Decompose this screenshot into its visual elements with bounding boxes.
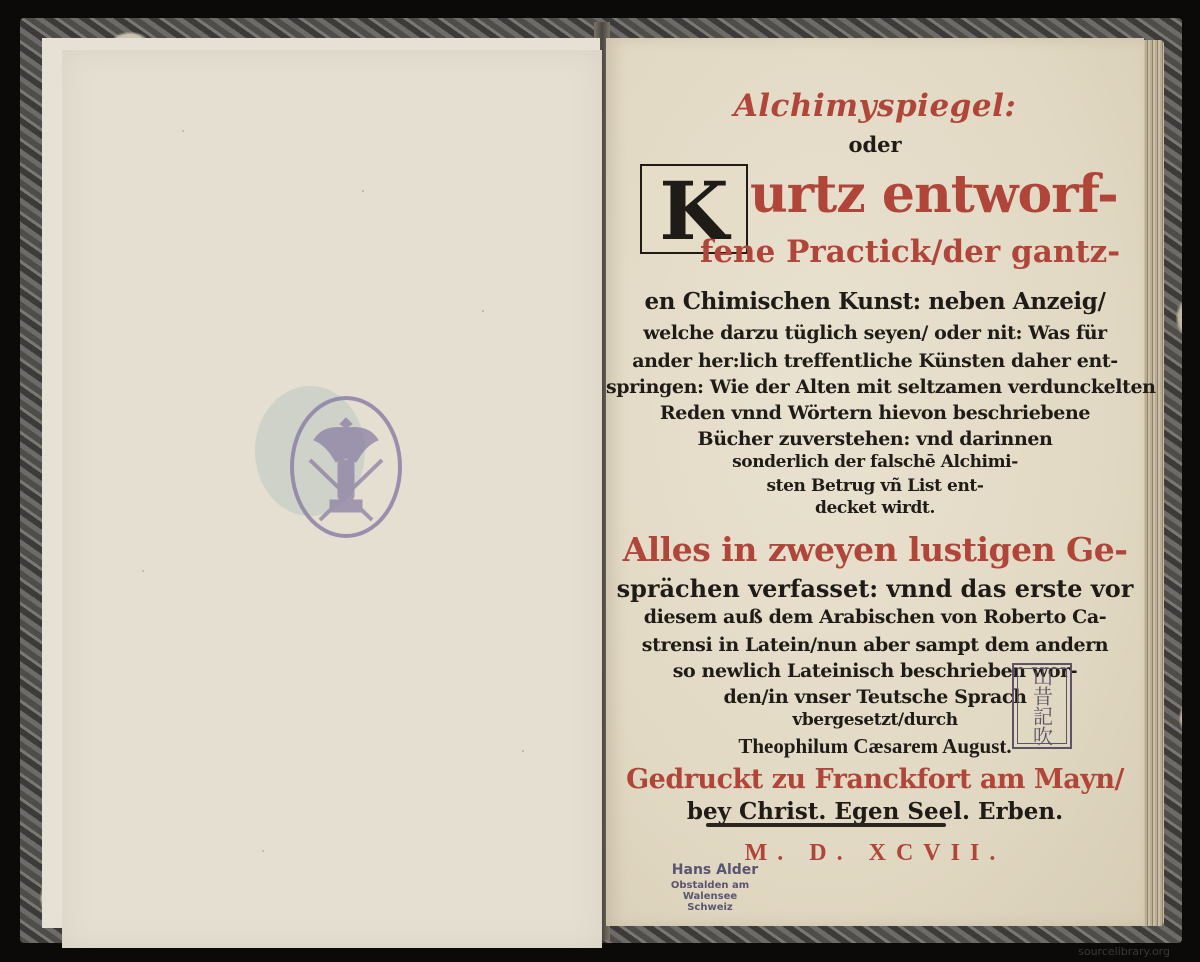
paper-speck bbox=[182, 130, 184, 132]
double-headed-eagle-with-crossed-swords-oval-stamp-icon bbox=[290, 396, 402, 538]
title-line: decket wirdt. bbox=[606, 498, 1144, 518]
title-line: Reden vnnd Wörtern hievon beschriebene bbox=[606, 402, 1144, 424]
dealer-ownership-stamp: Hans Alder Obstalden am Walensee Schweiz bbox=[650, 862, 770, 913]
subtitle-line: diesem auß dem Arabischen von Roberto Ca… bbox=[606, 606, 1144, 628]
title-line: springen: Wie der Alten mit seltzamen ve… bbox=[606, 376, 1144, 398]
dealer-place: Obstalden am Walensee bbox=[650, 880, 770, 902]
title-line-alchimyspiegel: Alchimyspiegel: bbox=[606, 88, 1144, 124]
title-line: en Chimischen Kunst: neben Anzeig/ bbox=[606, 288, 1144, 315]
title-line-fene-practick: fene Practick/der gantz- bbox=[700, 234, 1060, 270]
paper-speck bbox=[142, 570, 144, 572]
subtitle-line: sprächen verfasset: vnnd das erste vor bbox=[606, 574, 1144, 603]
title-line: sten Betrug vñ List ent- bbox=[606, 476, 1144, 496]
title-line-kurtz-entworf: urtz entworf- bbox=[750, 164, 1050, 225]
dealer-name: Hans Alder bbox=[660, 862, 770, 878]
paper-speck bbox=[482, 310, 484, 312]
title-line: sonderlich der falschē Alchimi- bbox=[606, 452, 1144, 472]
title-line: ander her:lich treffentliche Künsten dah… bbox=[606, 350, 1144, 372]
paper-speck bbox=[362, 190, 364, 192]
paper-speck bbox=[522, 750, 524, 752]
subtitle-line-alles-in-zweyen: Alles in zweyen lustigen Ge- bbox=[606, 530, 1144, 569]
subtitle-line: strensi in Latein/nun aber sampt dem and… bbox=[606, 634, 1144, 656]
title-line: welche darzu tüglich seyen/ oder nit: Wa… bbox=[606, 322, 1144, 344]
imprint-place: Gedruckt zu Franckfort am Mayn/ bbox=[606, 764, 1144, 795]
square-red-chop-seal-icon: 山昔記吹 bbox=[1012, 663, 1072, 749]
imprint-printer: bey Christ. Egen Seel. Erben. bbox=[606, 798, 1144, 825]
title-line-oder: oder bbox=[606, 132, 1144, 157]
imprint-rule bbox=[706, 823, 946, 827]
paper-speck bbox=[262, 850, 264, 852]
source-watermark: sourcelibrary.org bbox=[1078, 945, 1170, 958]
dealer-country: Schweiz bbox=[650, 902, 770, 913]
title-line: Bücher zuverstehen: vnd darinnen bbox=[606, 428, 1144, 450]
